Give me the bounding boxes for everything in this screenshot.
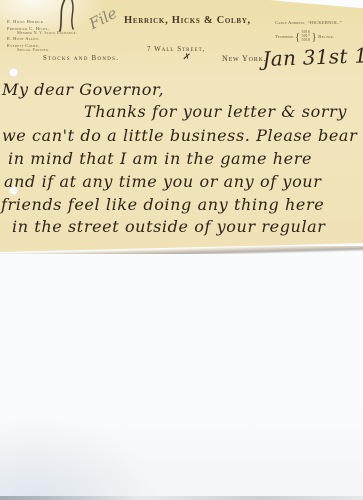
cable-address-row: Cable Address, “HICKERNOL.” [275,20,342,25]
pen-flourish-icon [50,0,86,32]
scan-smudge [0,410,170,500]
scan-bottom-shadow [0,496,363,500]
telephone-label: Telephone [275,34,293,39]
partner-note: Member N. Y. Stock Exchange. [17,30,77,35]
department-line: Stocks and Bonds. [43,55,119,62]
telephone-exchange: Rector. [318,34,334,39]
letter-line: in the street outside of your regular [12,217,326,236]
letter-line: in mind that I am in the game here [8,149,312,168]
brace-right-glyph: } [312,32,317,42]
telephone-numbers: 5016 5017 5018 [302,31,310,43]
letter-line: Thanks for your letter & sorry [84,102,347,121]
cable-label: Cable Address, [275,20,306,25]
salutation: My dear Governor, [2,80,164,99]
city-line: New York. [222,54,266,63]
partner-name: E. Hunt Allen. [7,36,40,41]
partner-note: Special Partner. [17,47,49,52]
street-address: 7 Wall Street, [147,45,205,53]
punch-hole [9,68,18,77]
letter-sheet: E. Hicks Herrick. Frederick C. Hicks, Me… [0,0,363,252]
partner-name: E. Hicks Herrick. [7,19,45,24]
brace-left-glyph: { [295,32,300,42]
telephone-number: 5018 [302,39,310,43]
handwritten-date: Jan 31st 1904 [262,42,363,71]
firm-name: Herrick, Hicks & Colby, [124,15,251,26]
cable-value: “HICKERNOL.” [308,20,342,25]
letter-line: we can't do a little business. Please be… [2,126,357,145]
pen-mark-icon: ✗ [182,52,191,63]
scanned-letter-screenshot: E. Hicks Herrick. Frederick C. Hicks, Me… [0,0,363,500]
telephone-row: Telephone { 5016 5017 5018 } Rector. [275,31,334,43]
letter-line: friends feel like doing any thing here [1,195,324,214]
letter-line: and if at any time you or any of your [4,172,321,191]
punch-hole [9,186,18,195]
